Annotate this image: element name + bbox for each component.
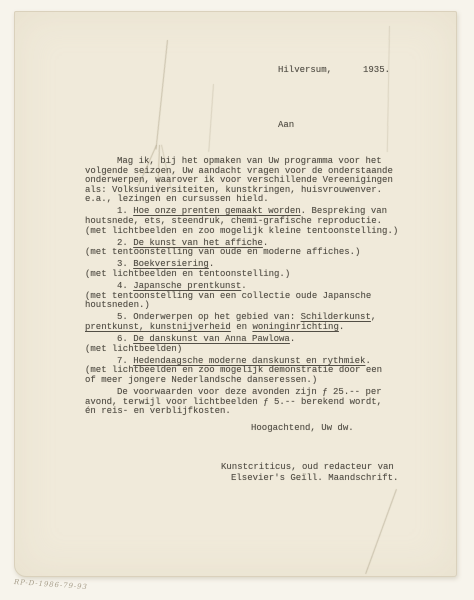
scan-background: { "page": { "background_color": "#f7f4ec… [0, 0, 474, 600]
text: én reis- en verblijfkosten. [85, 406, 231, 416]
underlined-text: De danskunst van Anna Pawlowa [133, 334, 290, 344]
letter-line: (met lichtbeelden en zoo mogelijk kleine… [85, 227, 435, 237]
paper-crease [208, 84, 214, 152]
underlined-text: Boekversiering [133, 259, 209, 269]
text: of meer jongere Nederlandsche danseresse… [85, 375, 317, 385]
text: 5. Onderwerpen op het gebied van: [117, 312, 301, 322]
signature-line: Kunstcriticus, oud redacteur van [221, 462, 398, 473]
letter-body: Mag ik, bij het opmaken van Uw programma… [85, 157, 435, 417]
letter-line: e.a., lezingen en cursussen hield. [85, 195, 435, 205]
text: (met lichtbeelden) [85, 344, 182, 354]
underlined-text: prentkunst, kunstnijverheid [85, 322, 231, 332]
closing-line: Hoogachtend, Uw dw. [251, 423, 354, 433]
text: houtsneden.) [85, 300, 150, 310]
text: (met lichtbeelden en zoo mogelijk demons… [85, 365, 382, 375]
underlined-text: Japansche prentkunst [133, 281, 241, 291]
text: , [371, 312, 376, 322]
text: e.a., lezingen en cursussen hield. [85, 194, 269, 204]
underlined-text: Schilderkunst [301, 312, 371, 322]
letter-line: houtsneden.) [85, 301, 435, 311]
text: onderwerpen, waarover ik voor verschille… [85, 175, 393, 185]
signature-block: Kunstcriticus, oud redacteur van Elsevie… [221, 462, 398, 483]
text: 6. [117, 334, 133, 344]
paper-crease [387, 26, 390, 152]
letter-line: (met tentoonstelling van oude en moderne… [85, 248, 435, 258]
text: . [209, 259, 214, 269]
letter-paper: Hilversum, 1935. Aan Mag ik, bij het opm… [14, 11, 457, 577]
text: . Bespreking van [301, 206, 387, 216]
dateline: Hilversum, 1935. [278, 65, 332, 75]
paper-crease [156, 40, 168, 150]
text: (met lichtbeelden en tentoonstelling.) [85, 269, 290, 279]
underlined-text: Hoe onze prenten gemaakt worden [133, 206, 300, 216]
inventory-number-annotation: RP-D-1986-79-93 [14, 578, 88, 591]
text: (met tentoonstelling van oude en moderne… [85, 247, 360, 257]
text: . [241, 281, 246, 291]
text: . [290, 334, 295, 344]
letter-line: prentkunst, kunstnijverheid en woninginr… [85, 323, 435, 333]
text: (met lichtbeelden en zoo mogelijk kleine… [85, 226, 398, 236]
text: houtsnede, ets, steendruk, chemi-grafisc… [85, 216, 382, 226]
text: 3. [117, 259, 133, 269]
salutation: Aan [278, 120, 294, 130]
text: 4. [117, 281, 133, 291]
place-label: Hilversum, [278, 65, 332, 75]
underlined-text: woninginrichting [252, 322, 338, 332]
text: . [339, 322, 344, 332]
text: Mag ik, bij het opmaken van Uw programma… [117, 156, 382, 166]
letter-line: of meer jongere Nederlandsche danseresse… [85, 376, 435, 386]
text: en [231, 322, 253, 332]
letter-line: (met lichtbeelden) [85, 345, 435, 355]
text: 1. [117, 206, 133, 216]
text: De voorwaarden voor deze avonden zijn ƒ … [117, 387, 382, 397]
letter-line: (met lichtbeelden en tentoonstelling.) [85, 270, 435, 280]
year-label: 1935. [363, 65, 390, 75]
signature-line: Elsevier's Geïll. Maandschrift. [231, 473, 398, 484]
letter-line: én reis- en verblijfkosten. [85, 407, 435, 417]
paper-crease [365, 489, 397, 574]
